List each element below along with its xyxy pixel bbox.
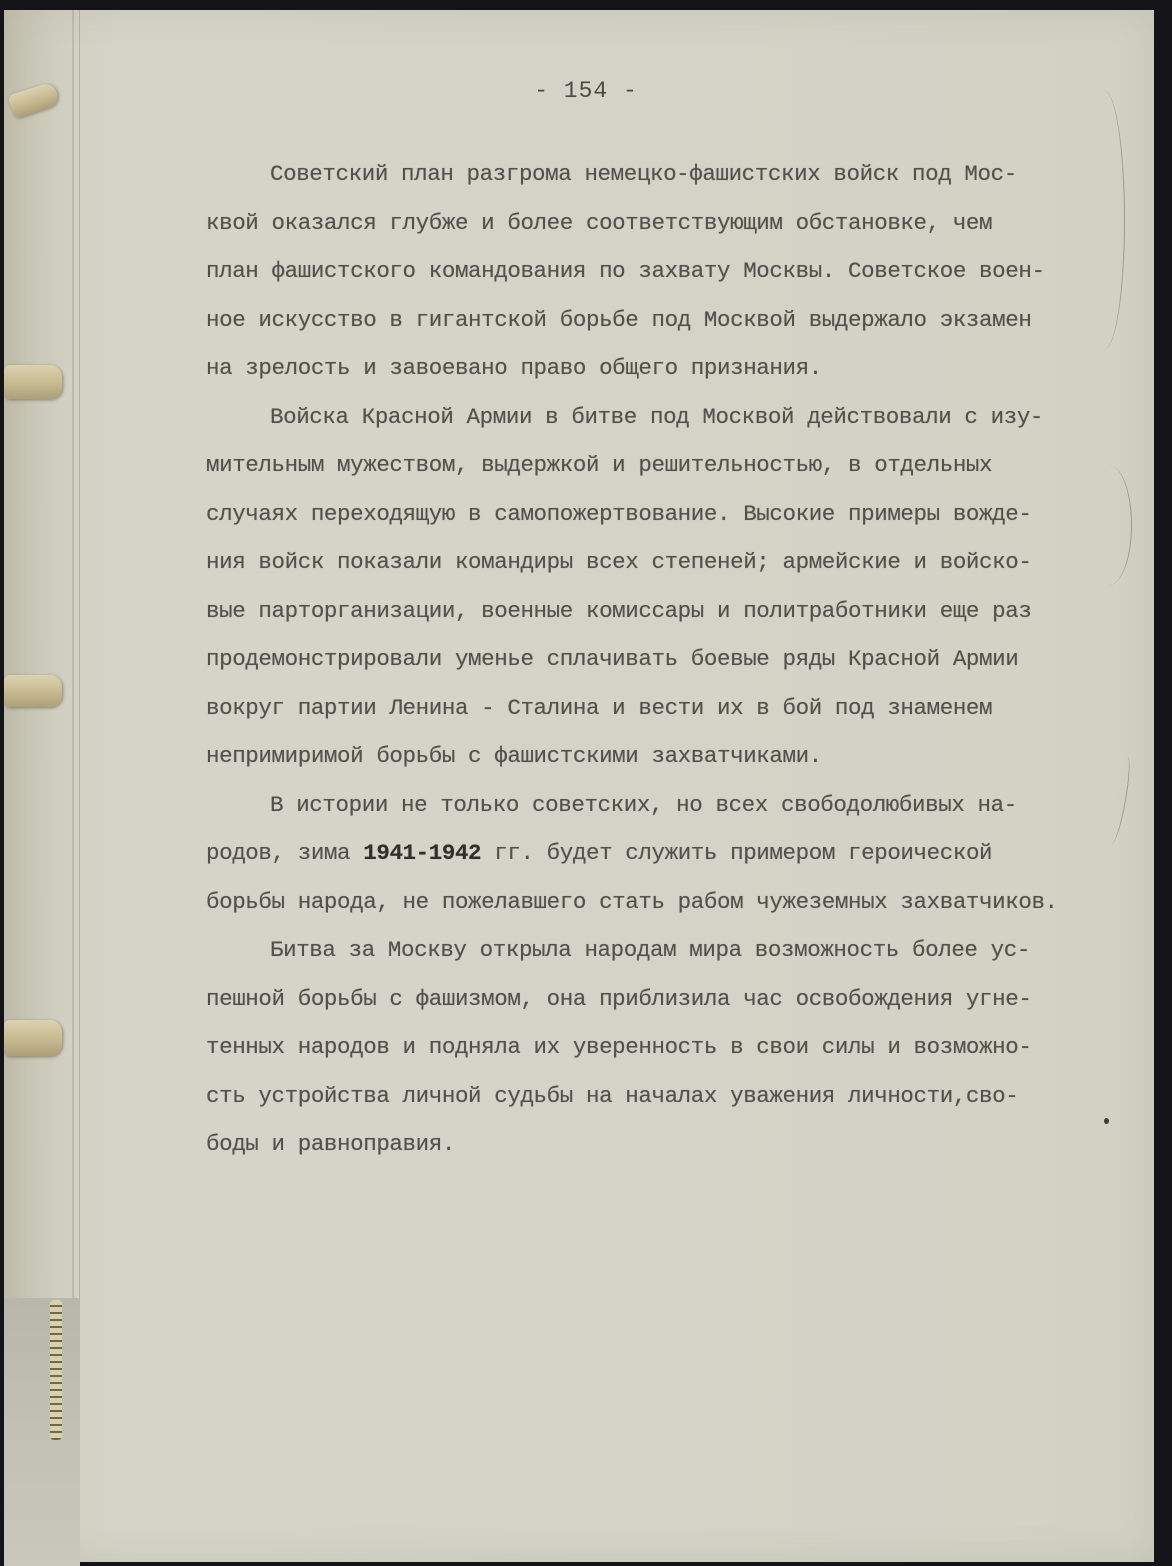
text-line: борьбы народа, не пожелавшего стать рабо… xyxy=(206,878,1156,927)
binding-stitch-icon xyxy=(50,1300,62,1440)
text-line: пешной борьбы с фашизмом, она приблизила… xyxy=(206,975,1156,1024)
text-line: квой оказался глубже и более соответству… xyxy=(206,199,1156,248)
document-text: Советский план разгрома немецко-фашистск… xyxy=(206,150,1156,1169)
text-line: вокруг партии Ленина - Сталина и вести и… xyxy=(206,684,1156,733)
year-range: 1941-1942 xyxy=(363,840,481,866)
text-line: продемонстрировали уменье сплачивать бое… xyxy=(206,635,1156,684)
paragraph: Советский план разгрома немецко-фашистск… xyxy=(206,150,1156,393)
text-line: В истории не только советских, но всех с… xyxy=(206,781,1156,830)
text-line: случаях переходящую в самопожертвование.… xyxy=(206,490,1156,539)
page-number: - 154 - xyxy=(0,78,1172,104)
text-line: Советский план разгрома немецко-фашистск… xyxy=(206,150,1156,199)
text-line: Войска Красной Армии в битве под Москвой… xyxy=(206,393,1156,442)
binding-thread-icon xyxy=(4,365,62,399)
text-line: мительным мужеством, выдержкой и решител… xyxy=(206,441,1156,490)
binding-thread-icon xyxy=(4,1020,62,1056)
text-line: план фашистского командования по захвату… xyxy=(206,247,1156,296)
text-line: Битва за Москву открыла народам мира воз… xyxy=(206,926,1156,975)
text-line: вые парторганизации, военные комиссары и… xyxy=(206,587,1156,636)
text-line: родов, зима 1941-1942 гг. будет служить … xyxy=(206,829,1156,878)
text-line: ния войск показали командиры всех степен… xyxy=(206,538,1156,587)
paragraph: Битва за Москву открыла народам мира воз… xyxy=(206,926,1156,1169)
torn-paper-edge xyxy=(4,1298,80,1566)
paragraph: В истории не только советских, но всех с… xyxy=(206,781,1156,927)
binding-thread-icon xyxy=(4,675,62,707)
text-line: боды и равноправия. xyxy=(206,1120,1156,1169)
text-line: ное искусство в гигантской борьбе под Мо… xyxy=(206,296,1156,345)
text-line: на зрелость и завоевано право общего при… xyxy=(206,344,1156,393)
text-line: непримиримой борьбы с фашистскими захват… xyxy=(206,732,1156,781)
text-line: сть устройства личной судьбы на началах … xyxy=(206,1072,1156,1121)
paragraph: Войска Красной Армии в битве под Москвой… xyxy=(206,393,1156,781)
text-line: тенных народов и подняла их уверенность … xyxy=(206,1023,1156,1072)
